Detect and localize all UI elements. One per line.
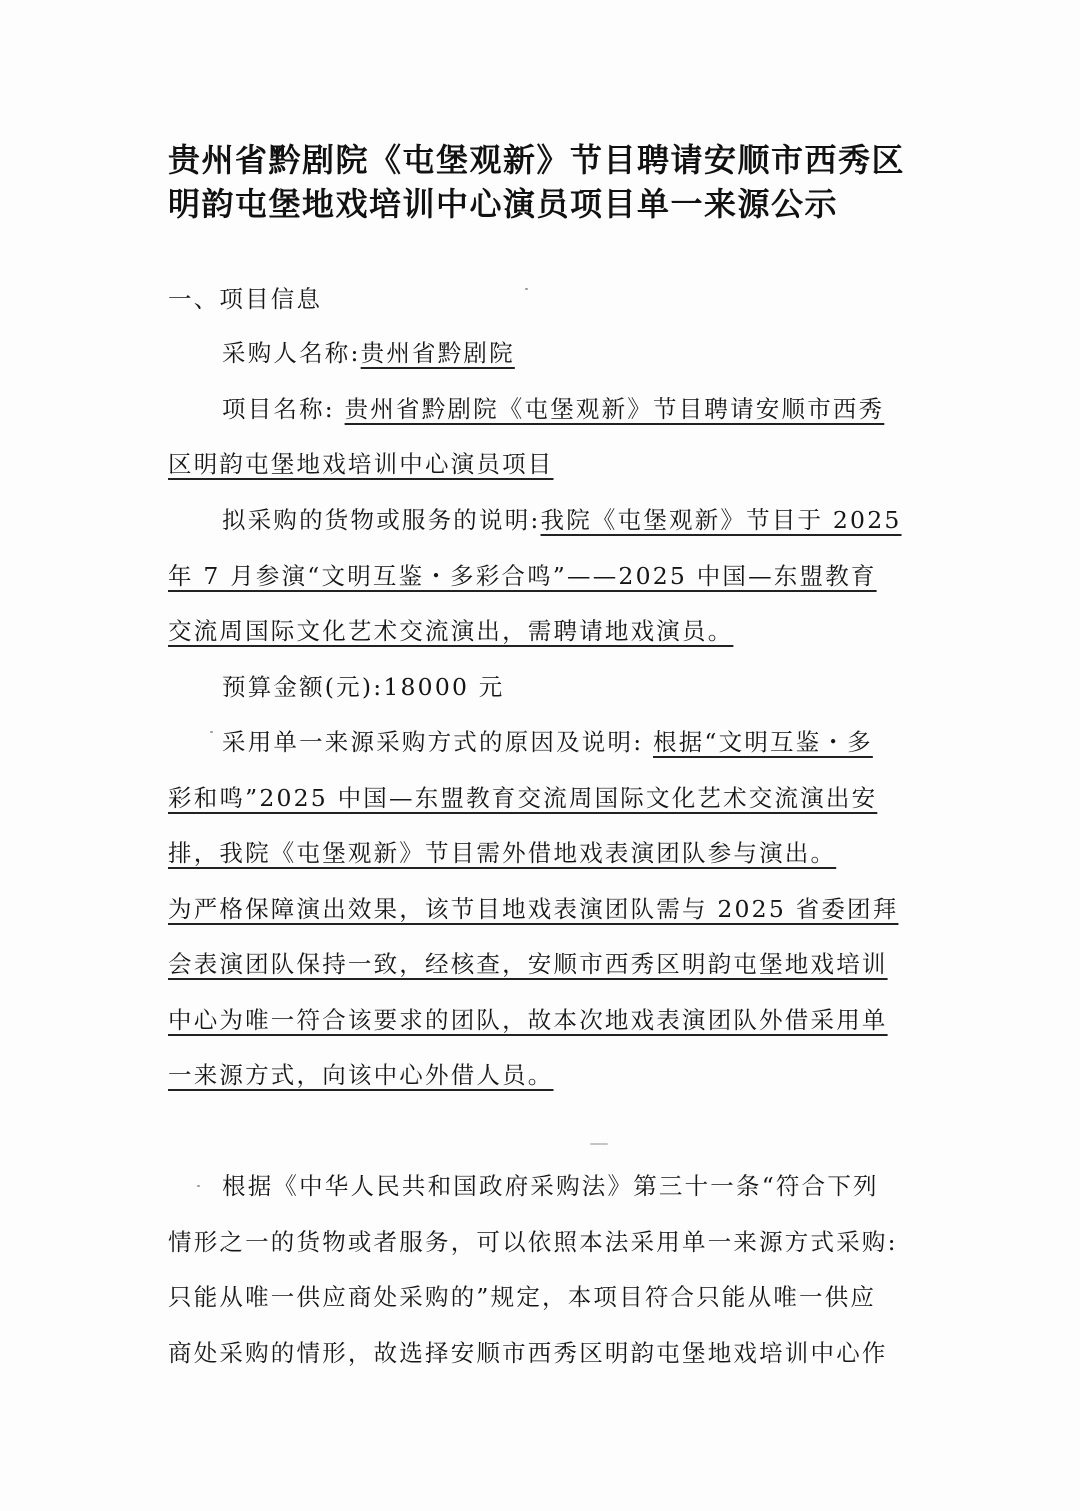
scan-speck	[590, 1143, 608, 1145]
reason-line-7: 一来源方式，向该中心外借人员。	[168, 1059, 554, 1091]
scan-speck	[525, 288, 528, 290]
title-line-2: 明韵屯堡地戏培训中心演员项目单一来源公示	[168, 182, 928, 226]
project-name-continuation: 区明韵屯堡地戏培训中心演员项目	[168, 448, 554, 480]
project-name-value-1: 贵州省黔剧院《屯堡观新》节目聘请安顺市西秀	[345, 395, 885, 423]
document-title: 贵州省黔剧院《屯堡观新》节目聘请安顺市西秀区 明韵屯堡地戏培训中心演员项目单一来…	[168, 138, 928, 226]
project-name-value-2: 区明韵屯堡地戏培训中心演员项目	[168, 450, 554, 478]
reason-value-7: 一来源方式，向该中心外借人员。	[168, 1061, 554, 1089]
reason-line-6: 中心为唯一符合该要求的团队，故本次地戏表演团队外借采用单	[168, 1004, 888, 1036]
description-value-2: 年 7 月参演“文明互鉴・多彩合鸣”——2025 中国—东盟教育	[168, 562, 877, 590]
reason-value-4: 为严格保障演出效果，该节目地戏表演团队需与 2025 省委团拜	[168, 895, 898, 923]
reason-field: 采用单一来源采购方式的原因及说明: 根据“文明互鉴・多	[222, 726, 873, 758]
reason-value-6: 中心为唯一符合该要求的团队，故本次地戏表演团队外借采用单	[168, 1006, 888, 1034]
reason-value-3: 排，我院《屯堡观新》节目需外借地戏表演团队参与演出。	[168, 839, 836, 867]
description-line-3: 交流周国际文化艺术交流演出，需聘请地戏演员。	[168, 615, 733, 647]
title-line-1: 贵州省黔剧院《屯堡观新》节目聘请安顺市西秀区	[168, 138, 928, 182]
description-line-2: 年 7 月参演“文明互鉴・多彩合鸣”——2025 中国—东盟教育	[168, 560, 877, 592]
reason-line-2: 彩和鸣”2025 中国—东盟教育交流周国际文化艺术交流演出安	[168, 782, 877, 814]
purchaser-value: 贵州省黔剧院	[361, 339, 515, 367]
reason-label: 采用单一来源采购方式的原因及说明:	[222, 728, 653, 756]
reason-value-5: 会表演团队保持一致，经核查，安顺市西秀区明韵屯堡地戏培训	[168, 950, 888, 978]
reason-value-1: 根据“文明互鉴・多	[653, 728, 873, 756]
purchaser-label: 采购人名称:	[222, 339, 361, 367]
section-heading-project-info: 一、项目信息	[168, 283, 322, 315]
legal-basis-line-1: 根据《中华人民共和国政府采购法》第三十一条“符合下列	[222, 1170, 879, 1202]
reason-line-3: 排，我院《屯堡观新》节目需外借地戏表演团队参与演出。	[168, 837, 836, 869]
project-name-label: 项目名称:	[222, 395, 345, 423]
description-field: 拟采购的货物或服务的说明:我院《屯堡观新》节目于 2025	[222, 504, 902, 536]
reason-value-2: 彩和鸣”2025 中国—东盟教育交流周国际文化艺术交流演出安	[168, 784, 877, 812]
reason-line-5: 会表演团队保持一致，经核查，安顺市西秀区明韵屯堡地戏培训	[168, 948, 888, 980]
budget-field: 预算金额(元):18000 元	[222, 671, 505, 703]
scan-speck	[210, 731, 213, 733]
scan-speck	[197, 1185, 200, 1187]
budget-value: 18000 元	[383, 673, 504, 701]
budget-label: 预算金额(元):	[222, 673, 383, 701]
project-name-field: 项目名称: 贵州省黔剧院《屯堡观新》节目聘请安顺市西秀	[222, 393, 884, 425]
description-label: 拟采购的货物或服务的说明:	[222, 506, 541, 534]
purchaser-field: 采购人名称:贵州省黔剧院	[222, 337, 515, 369]
legal-basis-line-4: 商处采购的情形，故选择安顺市西秀区明韵屯堡地戏培训中心作	[168, 1337, 888, 1369]
reason-line-4: 为严格保障演出效果，该节目地戏表演团队需与 2025 省委团拜	[168, 893, 898, 925]
document-page: 贵州省黔剧院《屯堡观新》节目聘请安顺市西秀区 明韵屯堡地戏培训中心演员项目单一来…	[0, 0, 1080, 1511]
description-value-3: 交流周国际文化艺术交流演出，需聘请地戏演员。	[168, 617, 733, 645]
legal-basis-line-2: 情形之一的货物或者服务，可以依照本法采用单一来源方式采购:	[168, 1226, 898, 1258]
legal-basis-line-3: 只能从唯一供应商处采购的”规定，本项目符合只能从唯一供应	[168, 1281, 876, 1313]
description-value-1: 我院《屯堡观新》节目于 2025	[541, 506, 902, 534]
